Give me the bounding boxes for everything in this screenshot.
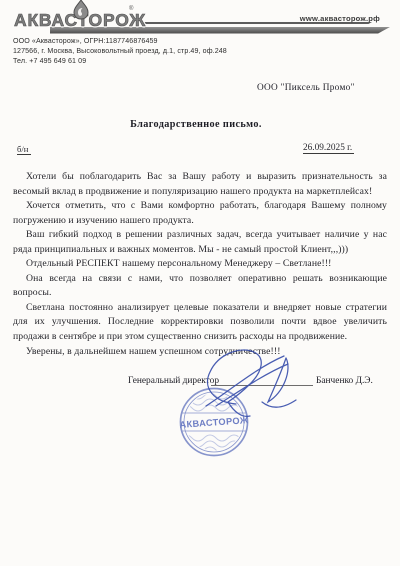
stamp-company-text: АКВАСТОРОЖ	[179, 415, 249, 430]
body-paragraph: Она всегда на связи с нами, что позволяе…	[13, 272, 387, 301]
recipient-name: ООО "Пиксель Промо"	[257, 83, 355, 93]
body-paragraph: Отдельный РЕСПЕКТ нашему персональному М…	[13, 257, 387, 272]
letter-title: Благодарственное письмо.	[0, 119, 392, 130]
water-drop-icon	[69, 0, 93, 21]
document-number: б/н	[17, 144, 31, 156]
registered-trademark-icon: ®	[129, 6, 133, 12]
company-website: www.аквасторож.рф	[288, 14, 380, 23]
company-name-line: ООО «Аквасторож», ОГРН:1187746876459	[13, 37, 227, 47]
handwritten-signature	[206, 350, 296, 416]
company-details-block: ООО «Аквасторож», ОГРН:1187746876459 127…	[13, 37, 227, 66]
body-paragraph: Хочется отметить, что с Вами комфортно р…	[13, 199, 387, 228]
body-paragraph: Ваш гибкий подход в решении различных за…	[13, 228, 387, 257]
company-address-line: 127566, г. Москва, Высоковольтный проезд…	[13, 47, 227, 57]
letter-body: Хотели бы поблагодарить Вас за Вашу рабо…	[13, 170, 387, 359]
body-paragraph: Хотели бы поблагодарить Вас за Вашу рабо…	[13, 170, 387, 199]
company-seal-and-signature: АКВАСТОРОЖ	[150, 338, 330, 468]
company-phone-line: Тел. +7 495 649 61 09	[13, 57, 227, 67]
document-date: 26.09.2025 г.	[303, 143, 354, 155]
scanned-letter-page: АКВАСТОРОЖ ® www.аквасторож.рф ООО «Аква…	[0, 0, 400, 566]
